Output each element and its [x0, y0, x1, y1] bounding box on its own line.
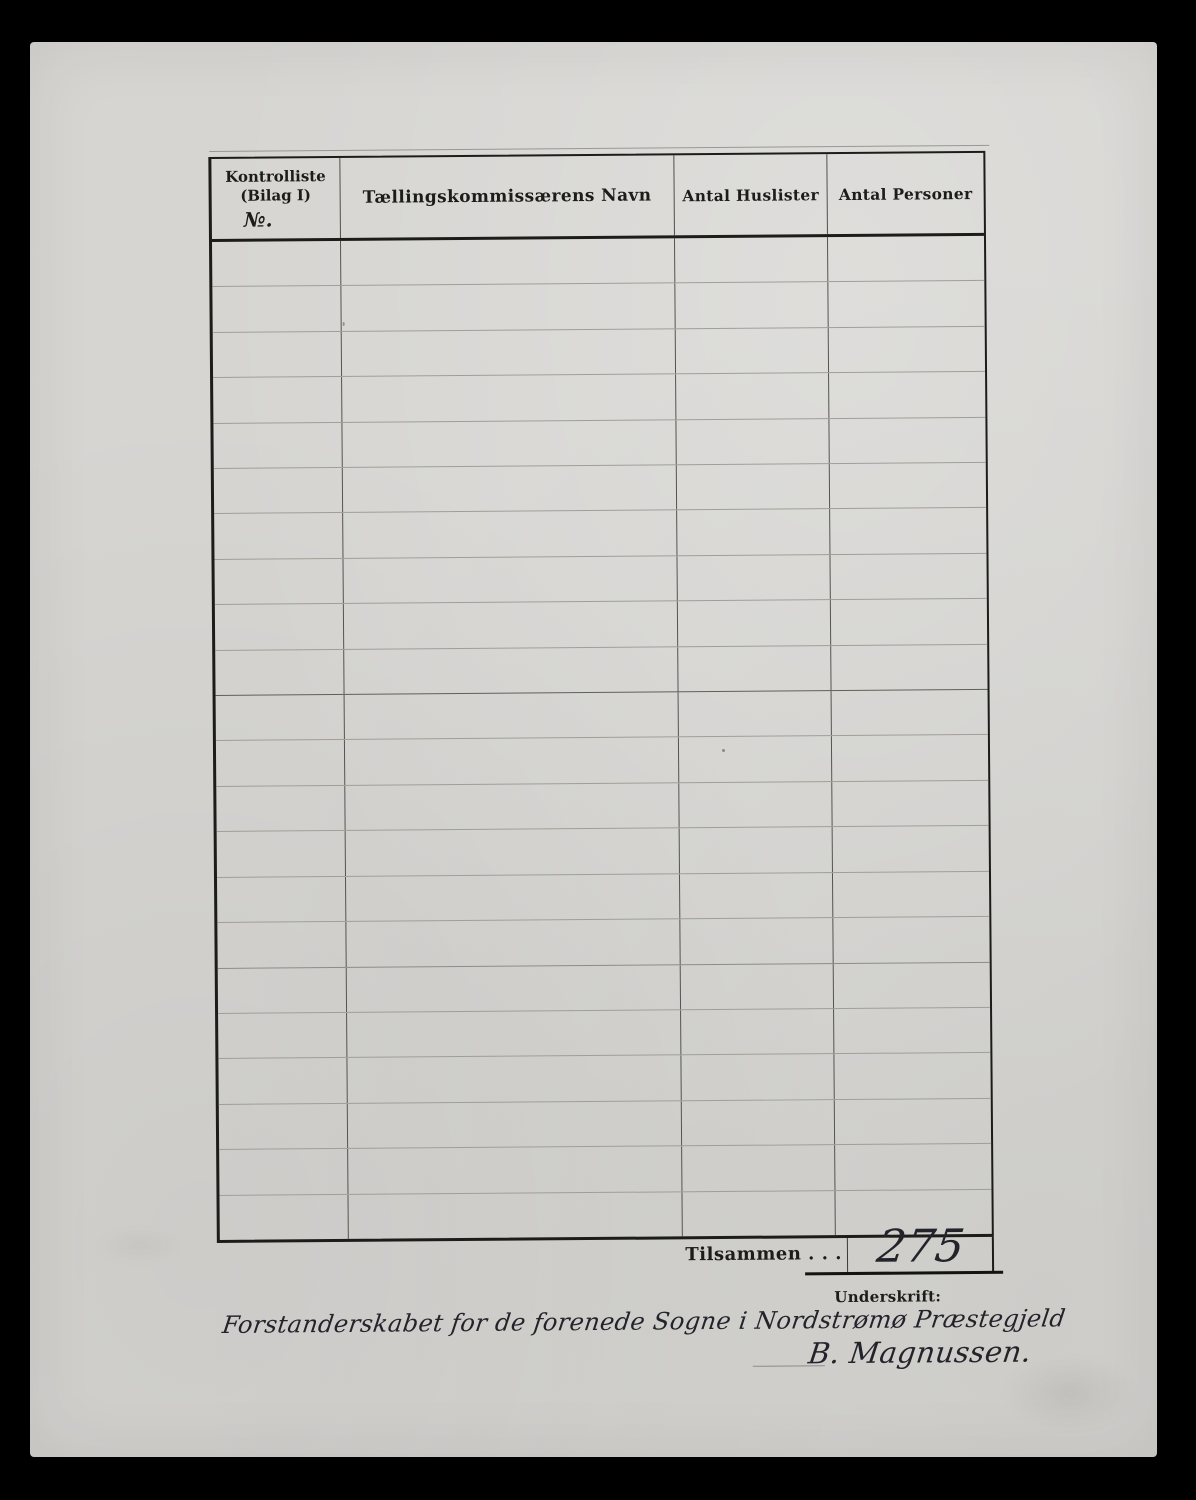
header-cell-house-lists: Antal Huslister — [674, 154, 828, 235]
table-row — [218, 1008, 990, 1059]
table-row — [217, 872, 989, 923]
header-cell-commissioner-name: Tællingskommissærens Navn — [340, 155, 675, 238]
table-cell — [681, 1054, 834, 1100]
table-cell — [678, 600, 831, 646]
table-cell — [675, 237, 828, 283]
table-cell — [681, 964, 834, 1010]
table-header-row: Kontrolliste (Bilag I) №. Tællingskommis… — [211, 153, 984, 242]
page-content: Kontrolliste (Bilag I) №. Tællingskommis… — [24, 38, 1162, 1462]
table-row — [217, 917, 989, 968]
table-cell — [214, 559, 343, 604]
table-row — [214, 508, 986, 559]
table-row — [215, 599, 987, 650]
table-row — [216, 690, 988, 741]
table-cell — [212, 286, 341, 331]
header-cell-kontrolliste: Kontrolliste (Bilag I) №. — [211, 158, 341, 239]
table-cell — [832, 735, 988, 781]
table-row — [215, 645, 987, 696]
table-cell — [830, 463, 986, 509]
table-cell — [829, 327, 985, 373]
table-cell — [676, 328, 829, 374]
signature-label: Underskrift: — [834, 1287, 941, 1306]
table-row — [216, 781, 988, 832]
total-label: Tilsammen . . . — [654, 1243, 842, 1265]
table-cell — [343, 511, 677, 558]
table-cell — [213, 423, 342, 468]
table-cell — [216, 786, 345, 831]
table-cell — [342, 329, 676, 376]
table-cell — [214, 513, 343, 558]
table-row — [217, 826, 989, 877]
table-cell — [679, 691, 832, 737]
table-cell — [342, 420, 676, 467]
table-cell — [833, 872, 989, 918]
table-cell — [680, 873, 833, 919]
table-cell — [213, 332, 342, 377]
table-row — [213, 327, 985, 378]
table-cell — [835, 1099, 991, 1145]
table-cell — [346, 829, 680, 876]
table-cell — [217, 831, 346, 876]
table-cell — [345, 738, 679, 785]
table-cell — [834, 1053, 990, 1099]
census-summary-table: Kontrolliste (Bilag I) №. Tællingskommis… — [208, 151, 994, 1243]
table-cell — [212, 241, 341, 286]
table-cell — [347, 1010, 681, 1057]
table-cell — [676, 419, 829, 465]
table-cell — [832, 781, 988, 827]
table-row — [218, 1053, 990, 1104]
table-cell — [828, 281, 984, 327]
table-cell — [828, 236, 984, 282]
table-cell — [343, 556, 677, 603]
table-cell — [681, 1009, 834, 1055]
table-cell — [834, 1008, 990, 1054]
table-cell — [835, 1144, 991, 1190]
table-cell — [343, 465, 677, 512]
table-row — [219, 1099, 991, 1150]
table-cell — [834, 962, 990, 1008]
table-cell — [831, 645, 987, 691]
numero-sign: №. — [212, 210, 340, 230]
table-cell — [679, 782, 832, 828]
table-cell — [348, 1192, 682, 1239]
table-cell — [676, 373, 829, 419]
table-cell — [213, 377, 342, 422]
table-cell — [831, 599, 987, 645]
table-cell — [680, 827, 833, 873]
table-cell — [217, 877, 346, 922]
table-cell — [214, 468, 343, 513]
scan-speck — [343, 322, 345, 326]
table-cell — [346, 874, 680, 921]
table-cell — [833, 917, 989, 963]
table-cell — [830, 554, 986, 600]
table-cell — [829, 372, 985, 418]
table-cell — [682, 1191, 835, 1237]
table-cell — [345, 692, 679, 739]
table-cell — [218, 967, 347, 1012]
table-cell — [216, 740, 345, 785]
header-label-line2: (Bilag I) — [212, 186, 340, 206]
handwritten-signature: B. Magnussen. — [806, 1335, 1033, 1371]
table-cell — [342, 375, 676, 422]
table-row — [213, 418, 985, 469]
table-cell — [345, 783, 679, 830]
table-cell — [682, 1100, 835, 1146]
table-cell — [217, 922, 346, 967]
table-cell — [677, 510, 830, 556]
table-cell — [830, 508, 986, 554]
header-label-line1: Kontrolliste — [211, 167, 339, 187]
table-cell — [215, 604, 344, 649]
header-cell-persons: Antal Personer — [827, 153, 984, 234]
table-cell — [348, 1146, 682, 1193]
table-cell — [218, 1013, 347, 1058]
paper-smudge — [94, 1225, 184, 1266]
table-row — [212, 236, 984, 287]
table-cell — [219, 1104, 348, 1149]
handwritten-total-value: 275 — [847, 1222, 995, 1271]
table-cell — [675, 283, 828, 329]
table-cell — [347, 1056, 681, 1103]
table-cell — [832, 690, 988, 736]
table-cell — [341, 284, 675, 331]
table-row — [212, 281, 984, 332]
table-cell — [219, 1149, 348, 1194]
table-cell — [219, 1194, 348, 1239]
table-row — [213, 372, 985, 423]
table-row — [219, 1144, 991, 1195]
table-row — [218, 962, 990, 1013]
table-cell — [216, 695, 345, 740]
table-cell — [677, 464, 830, 510]
table-cell — [344, 647, 678, 694]
table-cell — [678, 646, 831, 692]
table-cell — [346, 919, 680, 966]
table-cell — [682, 1145, 835, 1191]
table-row — [214, 554, 986, 605]
table-cell — [677, 555, 830, 601]
table-cell — [344, 602, 678, 649]
handwritten-authority-line: Forstanderskabet for de forenede Sogne i… — [221, 1304, 1068, 1339]
table-cell — [829, 418, 985, 464]
table-cell — [680, 918, 833, 964]
table-cell — [679, 737, 832, 783]
scanned-document-page: Kontrolliste (Bilag I) №. Tællingskommis… — [30, 42, 1157, 1457]
table-cell — [341, 238, 675, 285]
table-cell — [347, 965, 681, 1012]
table-body — [212, 236, 992, 1240]
table-cell — [218, 1058, 347, 1103]
table-cell — [215, 650, 344, 695]
table-row — [214, 463, 986, 514]
table-cell — [833, 826, 989, 872]
scan-speck — [722, 749, 725, 752]
outer-top-rule — [209, 145, 989, 152]
table-cell — [348, 1101, 682, 1148]
table-row — [216, 735, 988, 786]
